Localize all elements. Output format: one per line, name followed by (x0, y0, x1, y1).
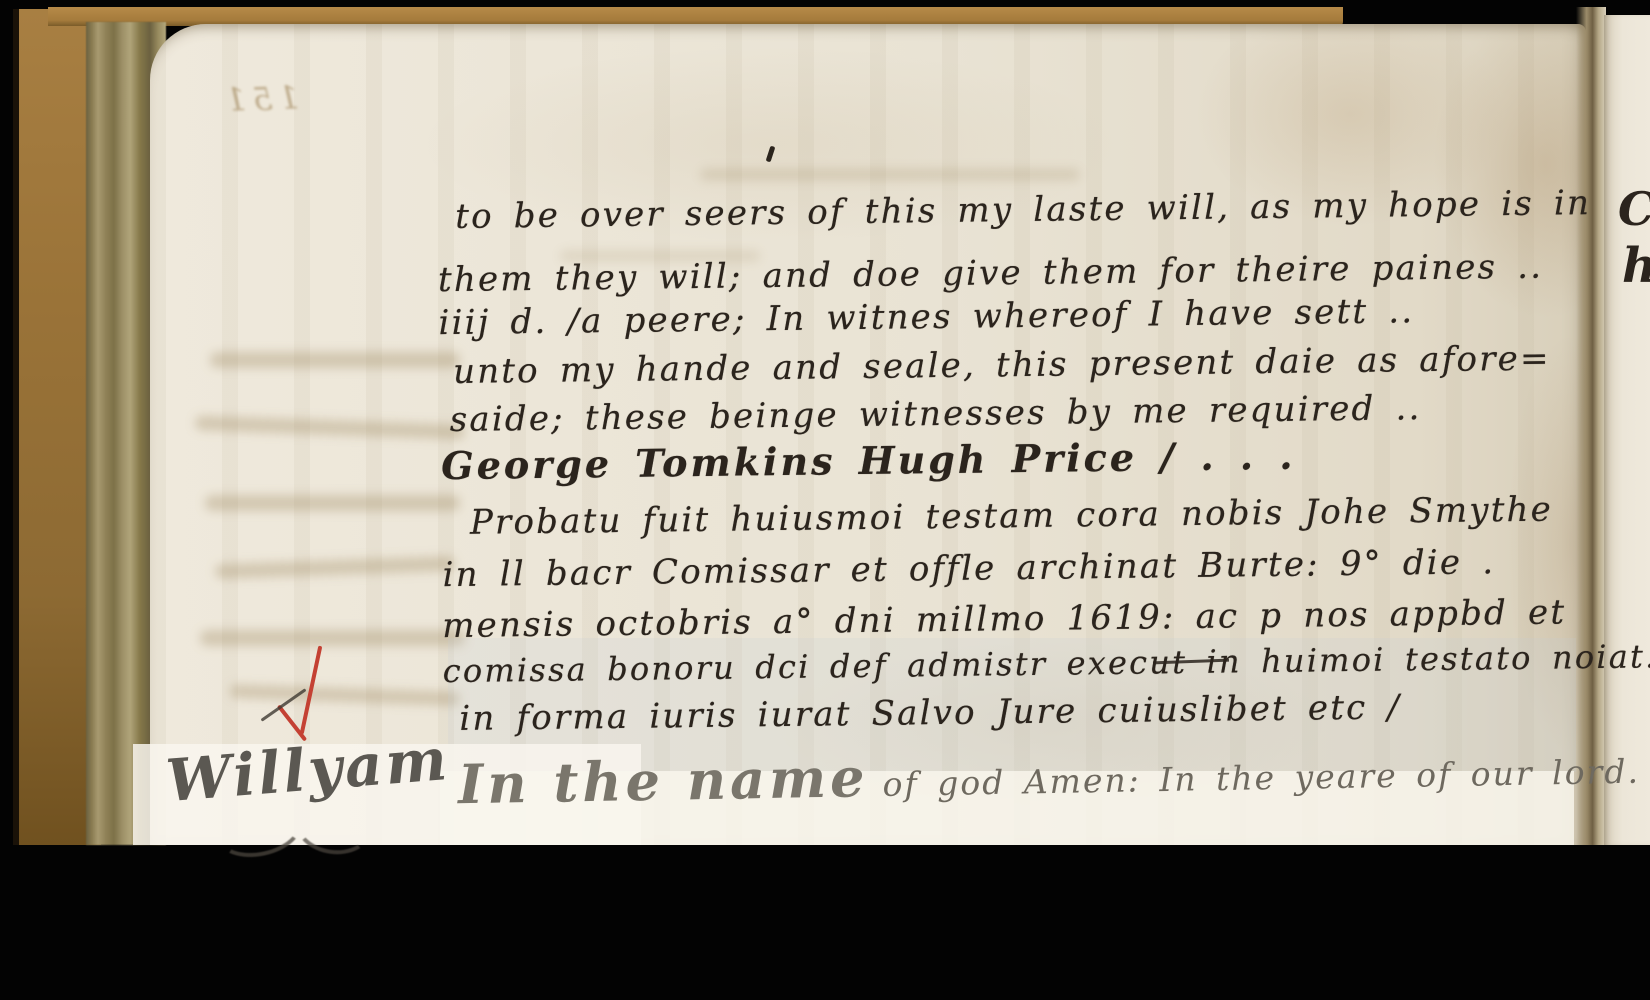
ink-showthrough (200, 630, 465, 646)
facing-page-partial-letter: C (1618, 182, 1650, 236)
ghost-page-number: 151 (219, 79, 299, 120)
ink-showthrough (700, 168, 1080, 181)
facing-page-sliver (1604, 15, 1650, 845)
opening-large-words: In the name (458, 745, 869, 816)
ink-showthrough (210, 352, 460, 368)
book-gutter (1576, 7, 1606, 845)
manuscript-photo: C h 151 to be over seers of this my last… (0, 0, 1650, 1000)
opening-rest-words: of god Amen: In the yeare of our lord. (882, 752, 1640, 804)
handwriting-block: to be over seers of this my laste will, … (0, 0, 1647, 6)
facing-page-partial-letter: h (1622, 238, 1650, 294)
ink-showthrough (205, 495, 460, 511)
